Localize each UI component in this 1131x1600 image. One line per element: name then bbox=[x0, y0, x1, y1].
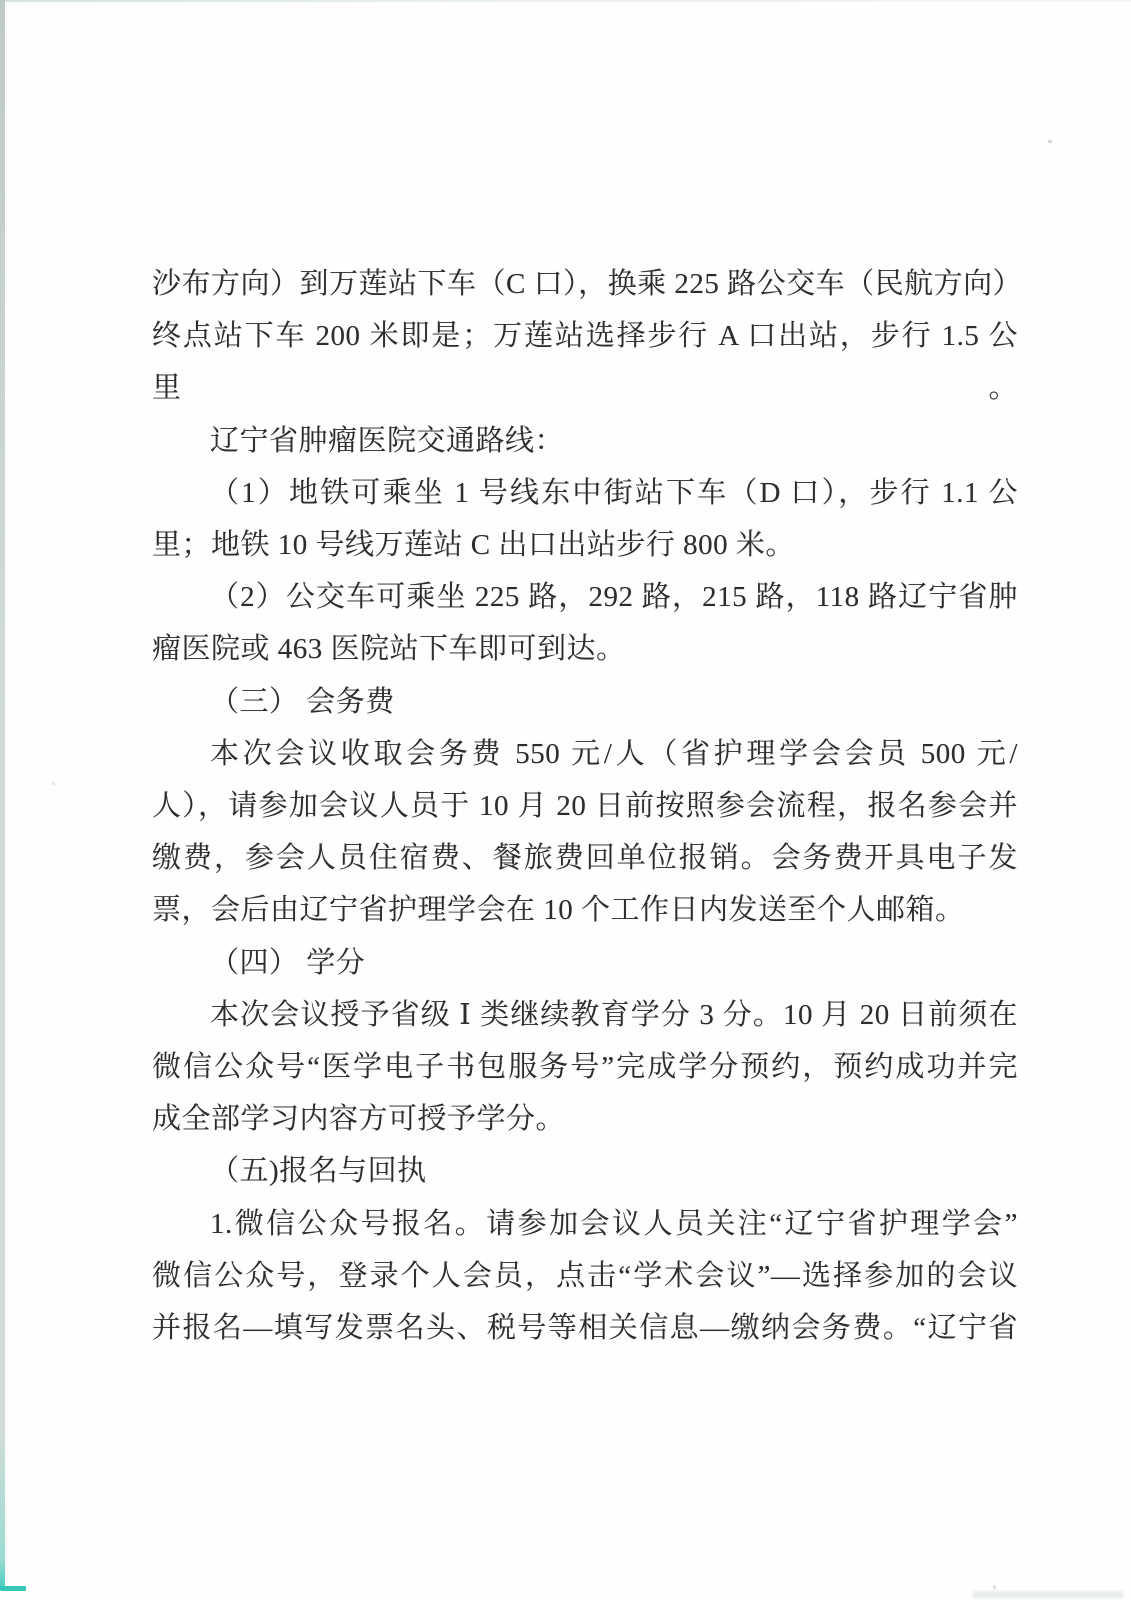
document-line: 缴费，参会人员住宿费、餐旅费回单位报销。会务费开具电子发 bbox=[152, 832, 1018, 884]
document-line: 终点站下车 200 米即是；万莲站选择步行 A 口出站，步行 1.5 公里。 bbox=[152, 310, 1018, 414]
document-line: 微信公众号“医学电子书包服务号”完成学分预约，预约成功并完 bbox=[152, 1041, 1018, 1093]
document-line: 1.微信公众号报名。请参加会议人员关注“辽宁省护理学会” bbox=[152, 1198, 1018, 1250]
scan-corner-tick bbox=[0, 1586, 26, 1591]
document-line: 沙布方向）到万莲站下车（C 口），换乘 225 路公交车（民航方向） bbox=[152, 258, 1018, 310]
scan-noise-speck bbox=[52, 782, 55, 785]
document-line: 票，会后由辽宁省护理学会在 10 个工作日内发送至个人邮箱。 bbox=[152, 884, 1018, 936]
document-line: 本次会议授予省级 Ⅰ 类继续教育学分 3 分。10 月 20 日前须在 bbox=[152, 989, 1018, 1041]
document-section-heading: （三） 会务费 bbox=[152, 676, 1018, 728]
document-line: 人），请参加会议人员于 10 月 20 日前按照参会流程，报名参会并 bbox=[152, 780, 1018, 832]
scan-edge-left bbox=[0, 0, 5, 1590]
scan-edge-top bbox=[0, 0, 1131, 2]
document-line: 成全部学习内容方可授予学分。 bbox=[152, 1093, 1018, 1145]
document-section-heading: （四） 学分 bbox=[152, 937, 1018, 989]
scan-noise-speck bbox=[1048, 140, 1052, 143]
scan-noise-speck bbox=[993, 1585, 996, 1589]
document-body: 沙布方向）到万莲站下车（C 口），换乘 225 路公交车（民航方向） 终点站下车… bbox=[152, 258, 1018, 1354]
document-line: 本次会议收取会务费 550 元/人（省护理学会会员 500 元/ bbox=[152, 728, 1018, 780]
document-line: （2）公交车可乘坐 225 路，292 路，215 路，118 路辽宁省肿 bbox=[152, 571, 1018, 623]
scan-smudge bbox=[973, 1591, 1123, 1598]
document-section-heading: （五)报名与回执 bbox=[152, 1145, 1018, 1197]
document-line: 辽宁省肿瘤医院交通路线： bbox=[152, 415, 1018, 467]
document-line: （1）地铁可乘坐 1 号线东中街站下车（D 口），步行 1.1 公 bbox=[152, 467, 1018, 519]
document-line: 微信公众号，登录个人会员，点击“学术会议”—选择参加的会议 bbox=[152, 1250, 1018, 1302]
document-line: 并报名—填写发票名头、税号等相关信息—缴纳会务费。“辽宁省 bbox=[152, 1302, 1018, 1354]
scanned-document-page: 沙布方向）到万莲站下车（C 口），换乘 225 路公交车（民航方向） 终点站下车… bbox=[0, 0, 1131, 1600]
document-line: 瘤医院或 463 医院站下车即可到达。 bbox=[152, 623, 1018, 675]
document-line: 里；地铁 10 号线万莲站 C 出口出站步行 800 米。 bbox=[152, 519, 1018, 571]
